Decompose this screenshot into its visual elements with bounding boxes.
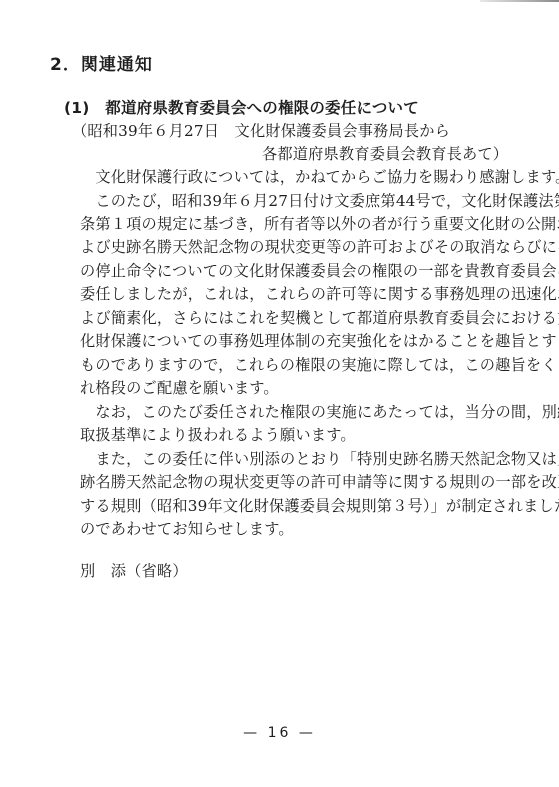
body-line: 委任しましたが，これは，これらの許可等に関する事務処理の迅速化お (80, 285, 512, 303)
body-line: 化財保護についての事務処理体制の充実強化をはかることを趣旨とする (80, 332, 512, 350)
body-line: 条第１項の規定に基づき，所有者等以外の者が行う重要文化財の公開お (80, 215, 512, 233)
body-line: このたび，昭和39年６月27日付け文委庶第44号で，文化財保護法第99 (80, 192, 512, 210)
subsection-heading: (1) 都道府県教育委員会への権限の委任について (64, 99, 419, 117)
notice-header-sender: （昭和39年６月27日 文化財保護委員会事務局長から (72, 122, 450, 140)
body-line: する規則（昭和39年文化財保護委員会規則第３号）」が制定されました (80, 497, 512, 515)
body-line: れ格段のご配慮を願います。 (80, 379, 512, 397)
notice-header-recipient: 各都道府県教育委員会教育長あて） (262, 145, 508, 163)
body-line: よび簡素化，さらにはこれを契機として都道府県教育委員会における文 (80, 309, 512, 327)
body-line: 文化財保護行政については，かねてからご協力を賜わり感謝します。 (80, 168, 512, 186)
scan-edge-artifact (480, 0, 559, 2)
page-number: — 16 — (0, 724, 559, 742)
body-line: のであわせてお知らせします。 (80, 520, 512, 538)
body-line: よび史跡名勝天然記念物の現状変更等の許可およびその取消ならびにそ (80, 238, 512, 256)
body-line: 跡名勝天然記念物の現状変更等の許可申請等に関する規則の一部を改正 (80, 473, 512, 491)
body-line: 取扱基準により扱われるよう願います。 (80, 426, 512, 444)
body-line: ものでありますので，これらの権限の実施に際しては，この趣旨をくま (80, 356, 512, 374)
body-line: なお，このたび委任された権限の実施にあたっては，当分の間，別紙 (80, 403, 512, 421)
body-line: の停止命令についての文化財保護委員会の権限の一部を貴教育委員会に (80, 262, 512, 280)
attachment-note: 別 添（省略） (80, 562, 188, 580)
body-line: また，この委任に伴い別添のとおり「特別史跡名勝天然記念物又は史 (80, 450, 512, 468)
section-heading: 2．関連通知 (50, 56, 153, 74)
